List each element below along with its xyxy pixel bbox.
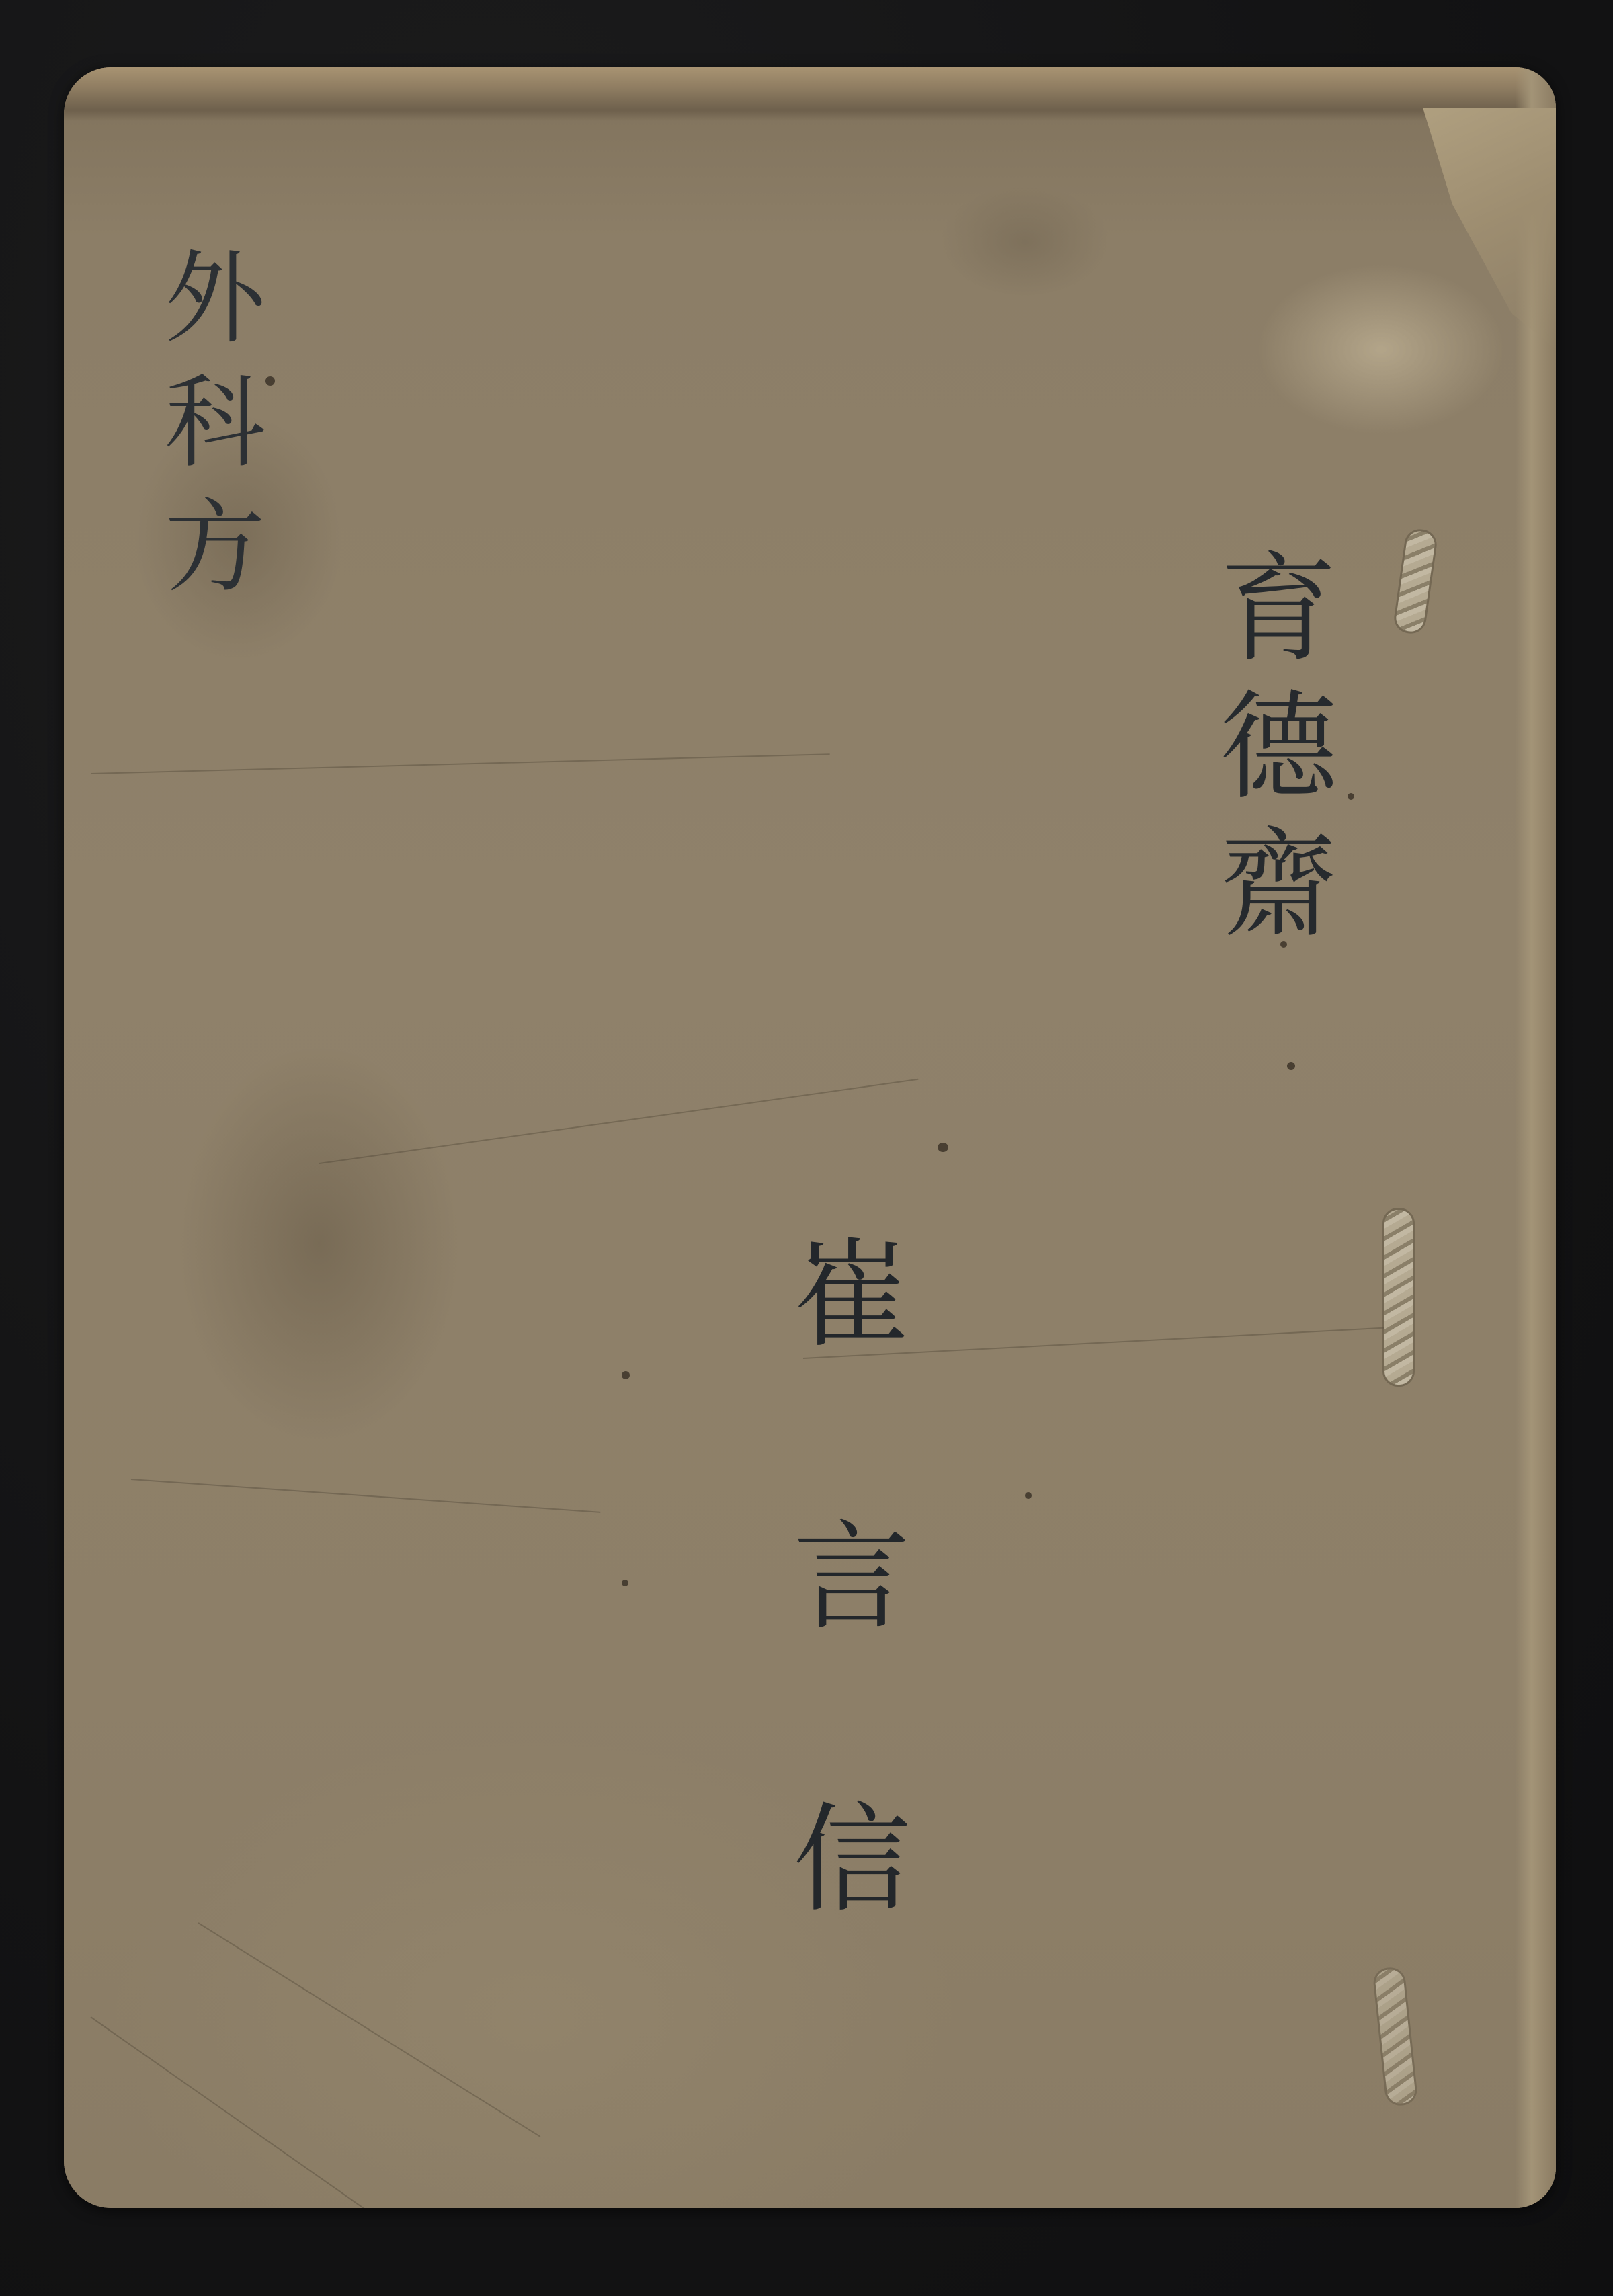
studio-name-column: 育 德 齋 — [1220, 551, 1337, 944]
ink-spot — [938, 1143, 948, 1152]
ink-spot — [265, 376, 275, 386]
binding-spine-edge — [1516, 67, 1556, 2208]
title-char: 外 — [165, 249, 265, 350]
ink-spot — [1025, 1492, 1032, 1499]
binding-twist-tie — [1384, 1210, 1413, 1385]
name-char: 信 — [793, 1801, 911, 1919]
studio-char: 齋 — [1220, 827, 1337, 944]
title-char: 科 — [165, 373, 265, 474]
owner-name-column: 崔 言 信 — [793, 1237, 911, 1919]
title-column: 外 科 方 — [165, 249, 265, 598]
manuscript-cover: 外 科 方 育 德 齋 崔 言 信 — [64, 67, 1556, 2208]
title-char: 方 — [165, 497, 265, 598]
name-char: 崔 — [793, 1237, 911, 1354]
name-char: 言 — [793, 1519, 911, 1637]
ink-spot — [1287, 1062, 1295, 1070]
worn-top-edge — [64, 67, 1556, 121]
ink-spot — [622, 1371, 630, 1379]
ink-spot — [622, 1580, 628, 1586]
studio-char: 育 — [1220, 551, 1337, 669]
ink-spot — [1348, 793, 1354, 800]
studio-char: 德 — [1220, 689, 1337, 807]
